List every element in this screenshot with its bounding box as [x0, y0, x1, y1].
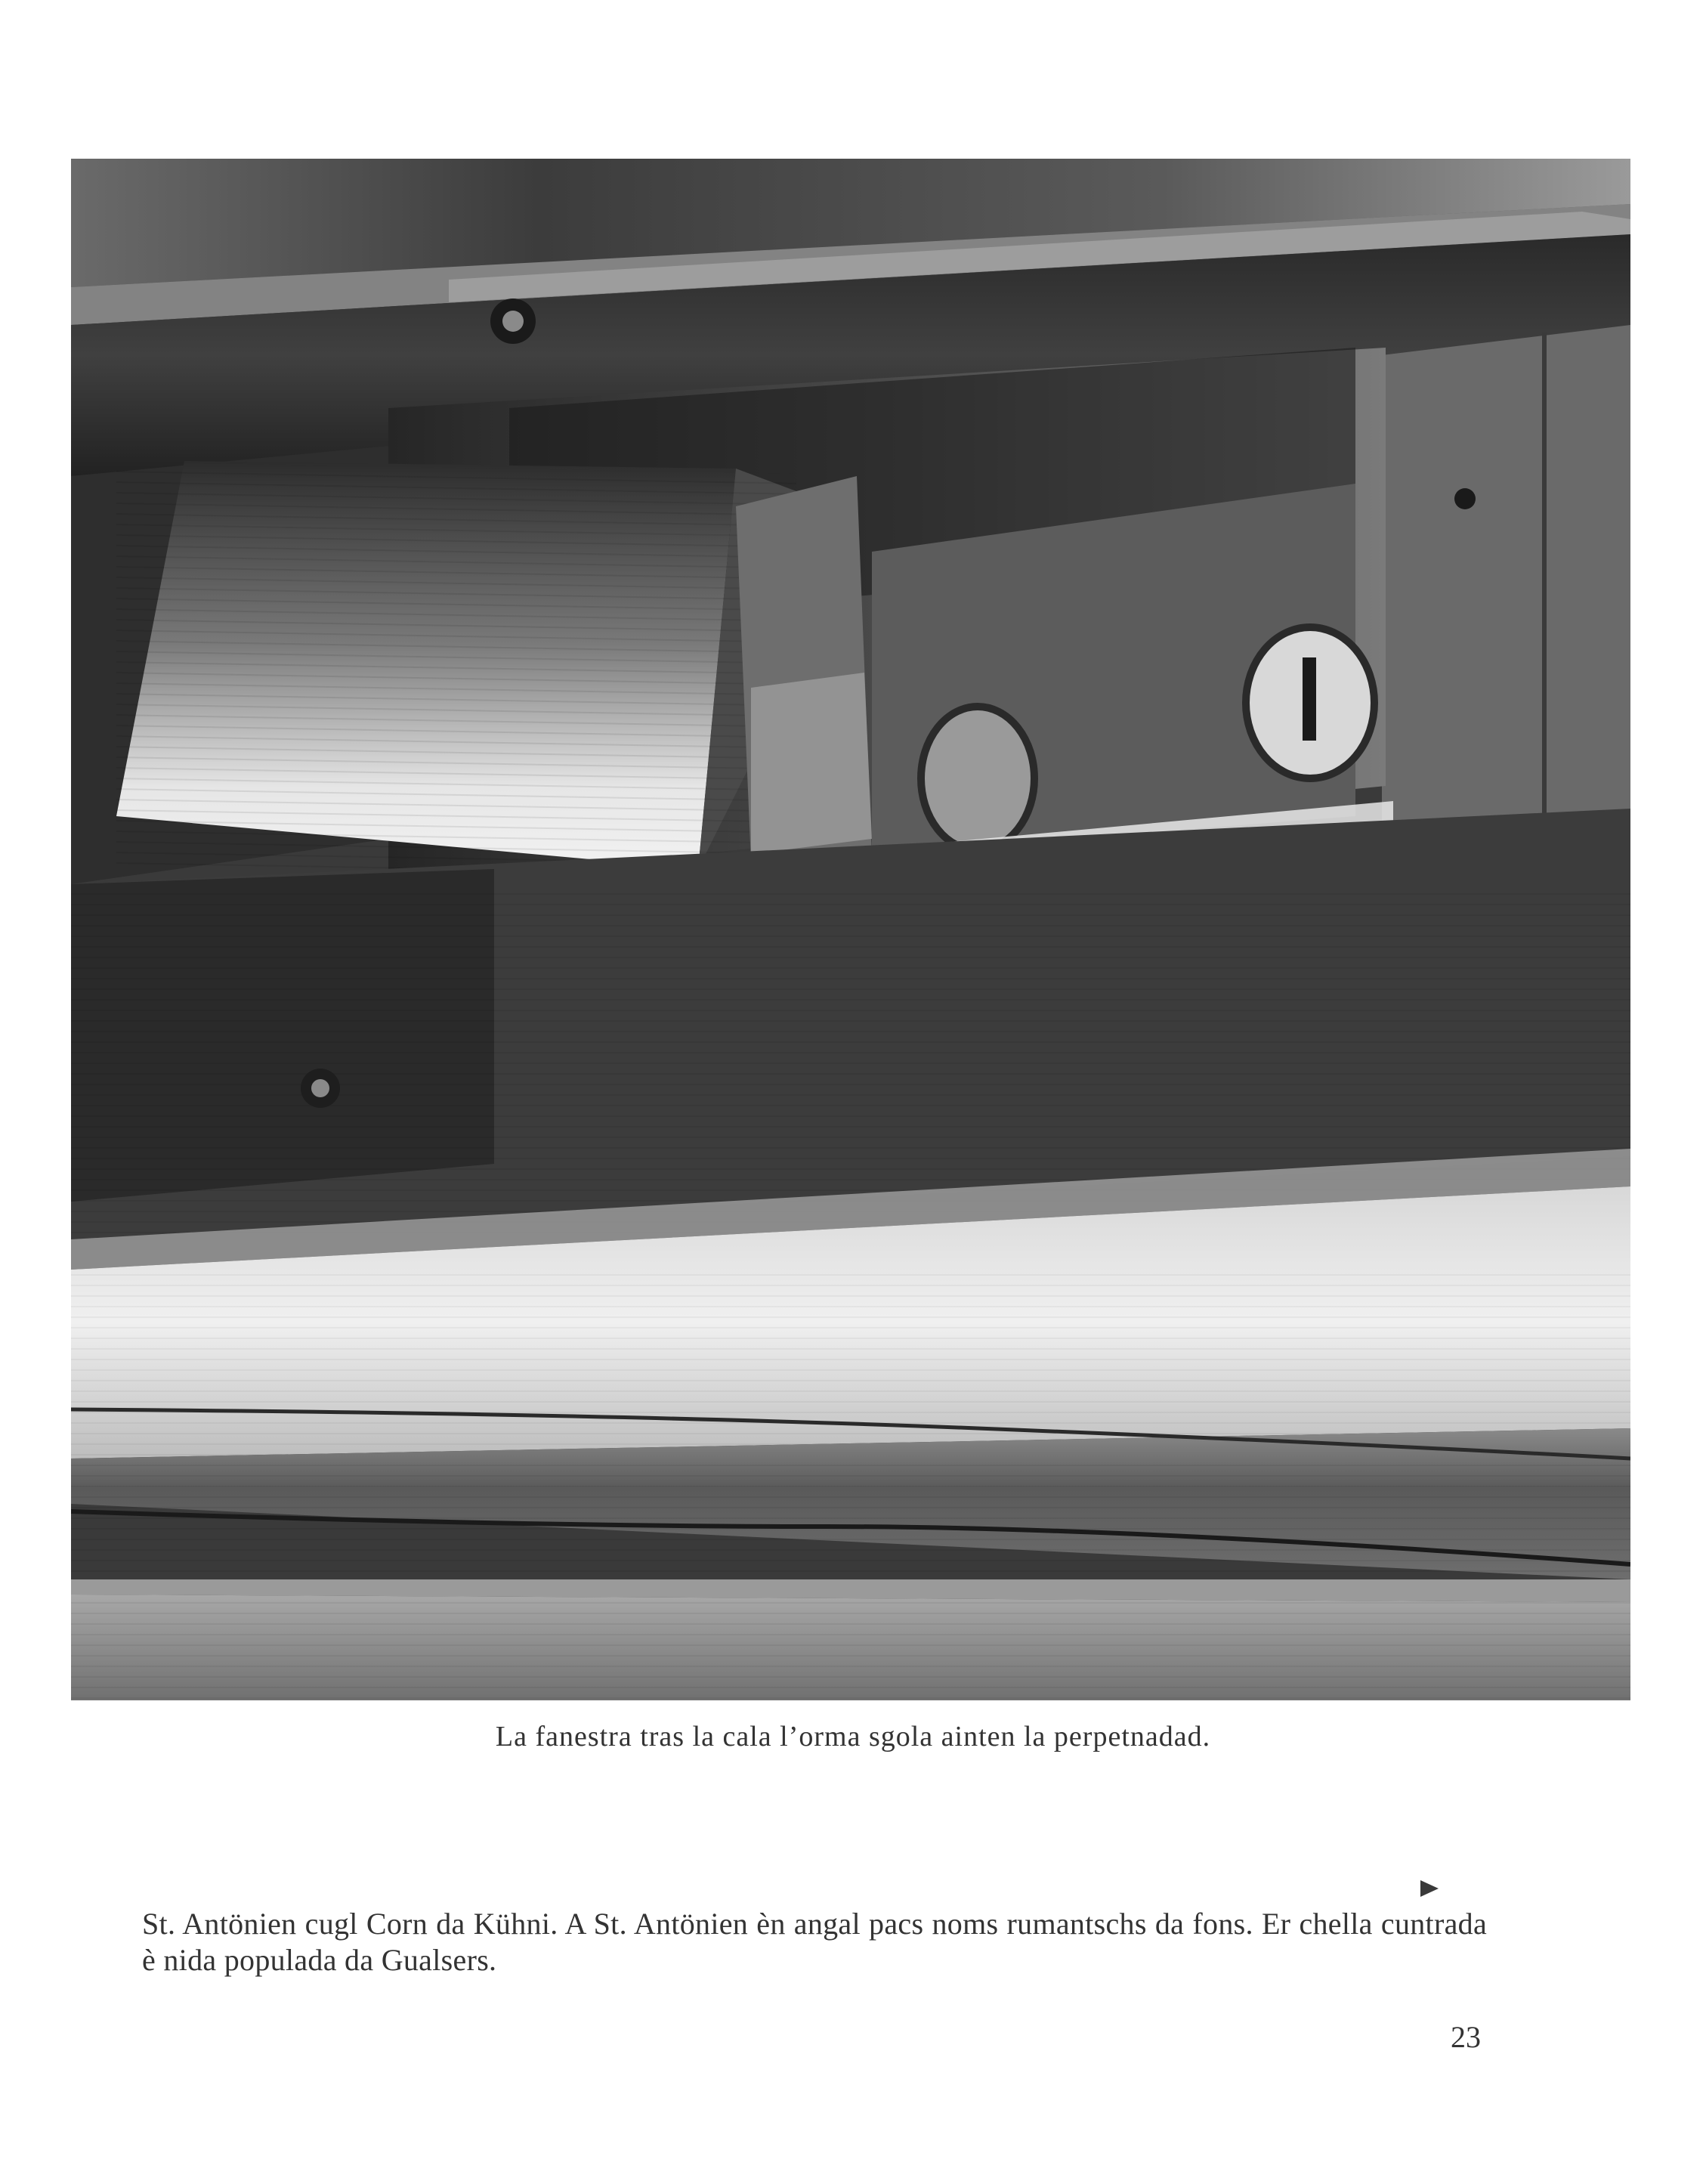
paragraph-text: St. Antönien cugl Corn da Kühni. A St. A…: [142, 1906, 1487, 1978]
body-paragraph: St. Antönien cugl Corn da Kühni. A St. A…: [142, 1906, 1487, 1978]
figure-caption: La fanestra tras la cala l’orma sgola ai…: [0, 1720, 1706, 1753]
right-triangle-arrow-icon: [1420, 1880, 1439, 1897]
photo-illustration: [71, 159, 1630, 1700]
log-wall-photograph: [71, 159, 1630, 1700]
page-number: 23: [1451, 2019, 1481, 2055]
